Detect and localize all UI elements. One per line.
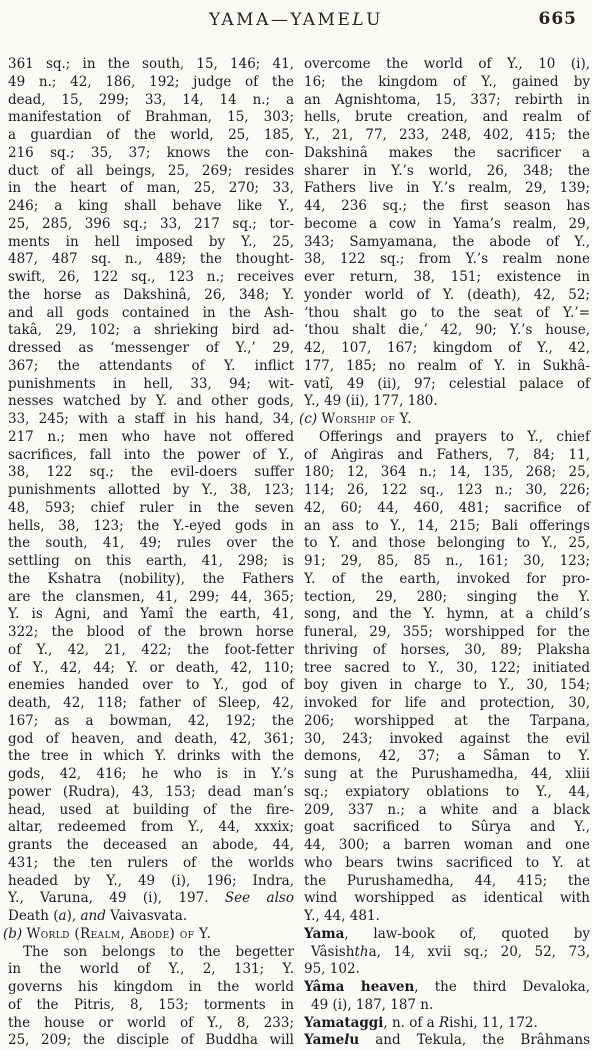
text-line: 48, 593; chief ruler in the seven [8, 500, 294, 518]
text-line: ever return, 38, 151; existence in [304, 269, 590, 287]
text-line: 206; worshipped at the Tarpana, [304, 713, 590, 731]
text-line: sung at the Purushamedha, 44, xliii [304, 766, 590, 784]
text-line: 42, 107, 167; kingdom of Y., 42, [304, 340, 590, 358]
text-line: 322; the blood of the brown horse [8, 624, 294, 642]
text-segment: , n. of a [383, 1015, 439, 1031]
text-line: wind worshipped as identical with [304, 890, 590, 908]
text-line: Y., Varuna, 49 (i), 197. See also [8, 890, 294, 908]
text-line: 44, 236 sq.; the first season has [304, 198, 590, 216]
text-line: 30, 243; invoked against the evil [304, 731, 590, 749]
text-line: 95, 102. [304, 961, 590, 979]
text-line: (c) Worship of Y. [299, 411, 590, 429]
text-line: Yamataggi, n. of a Rishi, 11, 172. [304, 1015, 590, 1033]
text-line: dead, 15, 299; 33, 14, 14 n.; a [8, 92, 294, 110]
text-line: 25, 285, 396 sq.; 33, 217 sq.; tor- [8, 216, 294, 234]
text-line: gods, 42, 416; he who is in Y.’s [8, 766, 294, 784]
text-line: 91; 29, 85, 85 n., 161; 30, 123; [304, 553, 590, 571]
text-segment: Yâma heaven [304, 979, 414, 995]
text-line: are the clansmen, 41, 299; 44, 365; [8, 589, 294, 607]
text-line: dressed as ‘messenger of Y.,’ 29, [8, 340, 294, 358]
text-line: 38, 122 sq.; the evil-doers suffer [8, 464, 294, 482]
text-line: an ass to Y., 14, 215; Bali offerings [304, 518, 590, 536]
text-segment: Yamataggi [304, 1015, 383, 1031]
text-line: vatî, 49 (ii), 97; celestial palace of [304, 376, 590, 394]
text-segment: See also [225, 890, 294, 906]
text-line: the horse as Dakshinâ, 26, 348; Y. [8, 287, 294, 305]
text-line: 180; 12, 364 n.; 14, 135, 268; 25, [304, 464, 590, 482]
text-line: 44, 300; a barren woman and one [304, 837, 590, 855]
text-line: tection, 29, 280; singing the Y. [304, 589, 590, 607]
text-segment: ), [67, 908, 81, 924]
text-line: the south, 41, 49; rules over the [8, 535, 294, 553]
text-line: 25, 209; the disciple of Buddha will [8, 1032, 294, 1050]
text-line: 209, 337 n.; a white and a black [304, 802, 590, 820]
text-line: punishments allotted by Y., 38, 123; [8, 482, 294, 500]
text-line: the house or world of Y., 8, 233; [8, 1015, 294, 1033]
text-line: headed by Y., 49 (i), 196; Indra, [8, 873, 294, 891]
text-line: governs his kingdom in the world [8, 979, 294, 997]
text-line: Y., 49 (ii), 177, 180. [304, 393, 590, 411]
text-segment: Worship of Y. [321, 411, 412, 427]
text-line: invoked for life and protection, 30, [304, 695, 590, 713]
text-line: Vâsishtha, 14, xvii sq.; 20, 52, 73, [304, 944, 590, 962]
text-segment: World (Realm, Abode) of Y. [26, 926, 211, 942]
text-line: 33, 245; with a staff in his hand, 34, [8, 411, 294, 429]
text-line: 38, 122 sq.; from Y.’s realm none [304, 251, 590, 269]
text-line: enemies handed over to Y., god of [8, 677, 294, 695]
left-column: 361 sq.; in the south, 15, 146; 41,49 n.… [8, 56, 294, 1050]
text-line: Y. is Agni, and Yamî the earth, 41, [8, 606, 294, 624]
text-line: hells, 38, 123; the Y.-eyed gods in [8, 518, 294, 536]
text-line: hells, brute creation, and realm of [304, 109, 590, 127]
text-line: of the Pitris, 8, 153; torments in [8, 997, 294, 1015]
text-line: Y. of the earth, invoked for pro- [304, 571, 590, 589]
text-line: a guardian of the world, 25, 185, [8, 127, 294, 145]
text-line: Yama, law-book of, quoted by [304, 926, 590, 944]
text-line: funeral, 29, 355; worshipped for the [304, 624, 590, 642]
text-line: god of heaven, and death, 42, 361; [8, 731, 294, 749]
text-segment: (b) [3, 926, 26, 942]
text-line: punishments in hell, 33, 94; wit- [8, 376, 294, 394]
text-line: settling on this earth, 41, 298; is [8, 553, 294, 571]
text-segment: U [366, 10, 383, 30]
text-line: head, used at building of the fire- [8, 802, 294, 820]
text-line: demons, 42, 37; a Sâman to Y. [304, 748, 590, 766]
text-line: and all gods contained in the Ash- [8, 305, 294, 323]
text-line: an Agnishtoma, 15, 337; rebirth in [304, 92, 590, 110]
text-segment: and Tekula, the Brâhmans [359, 1032, 590, 1048]
text-line: power (Rudra), 43, 153; dead man’s [8, 784, 294, 802]
text-segment: R [439, 1015, 449, 1031]
text-line: Offerings and prayers to Y., chief [304, 429, 590, 447]
text-line: goat sacrificed to Sûrya and Y., [304, 819, 590, 837]
text-line: ments in hell imposed by Y., 25, [8, 234, 294, 252]
text-line: 343; Samyamana, the abode of Y., [304, 234, 590, 252]
text-line: manifestation of Brahman, 15, 303; [8, 109, 294, 127]
text-line: ‘thou shalt go to the seat of Y.’= [304, 305, 590, 323]
text-line: 216 sq.; 35, 37; knows the con- [8, 145, 294, 163]
text-line: of Y., 42, 21, 422; the foot-fetter [8, 642, 294, 660]
text-line: Y., 44, 481. [304, 908, 590, 926]
text-segment: , law-book of, quoted by [344, 926, 590, 942]
text-line: 431; the ten rulers of the worlds [8, 855, 294, 873]
text-line: the Purushamedha, 44, 415; the [304, 873, 590, 891]
text-segment: a, 14, xvii sq.; 20, 52, 73, [369, 944, 590, 960]
text-line: who bears twins sacrificed to Y. at [304, 855, 590, 873]
text-segment: u [349, 1032, 359, 1048]
text-line: ‘thou shalt die,’ 42, 90; Y.’s house, [304, 322, 590, 340]
text-line: swift, 26, 122 sq., 123 n.; receives [8, 269, 294, 287]
text-line: of Y., 42, 44; Y. or death, 42, 110; [8, 660, 294, 678]
text-line: 361 sq.; in the south, 15, 146; 41, [8, 56, 294, 74]
text-segment: Yama [304, 926, 344, 942]
book-page: YAMA—YAMELU 665 361 sq.; in the south, 1… [0, 0, 592, 1050]
text-segment: Vâsish [311, 944, 354, 960]
text-line: of Aṅgiras and Fathers, 7, 84; 11, [304, 447, 590, 465]
text-line: Death (a), and Vaivasvata. [8, 908, 294, 926]
text-line: 217 n.; men who have not offered [8, 429, 294, 447]
text-line: 42, 60; 44, 460, 481; sacrifice of [304, 500, 590, 518]
text-line: duct of all beings, 25, 269; resides [8, 163, 294, 181]
text-line: Dakshinâ makes the sacrificer a [304, 145, 590, 163]
text-line: grants the deceased an abode, 44, [8, 837, 294, 855]
text-line: Yamelu and Tekula, the Brâhmans [304, 1032, 590, 1050]
text-segment: th [354, 944, 368, 960]
text-segment: L [352, 10, 366, 30]
text-line: Yâma heaven, the third Devaloka, [304, 979, 590, 997]
text-line: sacrifices, fall into the power of Y., [8, 447, 294, 465]
text-line: 16; the kingdom of Y., gained by [304, 74, 590, 92]
text-line: Y., 21, 77, 233, 248, 402, 415; the [304, 127, 590, 145]
text-line: 49 (i), 187, 187 n. [304, 997, 590, 1015]
text-line: 487, 487 sq. n., 489; the thought- [8, 251, 294, 269]
text-line: 177, 185; no realm of Y. in Sukhâ- [304, 358, 590, 376]
text-line: tree sacred to Y., 30, 122; initiated [304, 660, 590, 678]
text-segment: a [59, 908, 67, 924]
text-line: nesses watched by Y. and other gods, [8, 393, 294, 411]
text-line: The son belongs to the begetter [8, 944, 294, 962]
text-line: Fathers live in Y.’s realm, 29, 139; [304, 180, 590, 198]
text-segment: Vaivasvata. [106, 908, 187, 924]
text-line: sharer in Y.’s world, 26, 348; the [304, 163, 590, 181]
text-line: the tree in which Y. drinks with the [8, 748, 294, 766]
text-line: become a cow in Yama’s realm, 29, [304, 216, 590, 234]
text-line: in the heart of man, 25, 270; 33, [8, 180, 294, 198]
text-line: 49 n.; 42, 186, 192; judge of the [8, 74, 294, 92]
text-line: thriving of horses, 30, 89; Plaksha [304, 642, 590, 660]
text-line: takâ, 29, 102; a shrieking bird ad- [8, 322, 294, 340]
text-line: 114; 26, 122 sq., 123 n.; 30, 226; [304, 482, 590, 500]
text-segment: YAMA—YAME [209, 10, 352, 30]
text-segment: and [80, 908, 105, 924]
text-segment: ishi, 11, 172. [449, 1015, 538, 1031]
right-column: overcome the world of Y., 10 (i),16; the… [304, 56, 590, 1050]
text-line: song, and the Y. hymn, at a child’s [304, 606, 590, 624]
text-line: boy given in charge to Y., 30, 154; [304, 677, 590, 695]
text-line: (b) World (Realm, Abode) of Y. [3, 926, 294, 944]
text-segment: (c) [299, 411, 321, 427]
text-line: in the world of Y., 2, 131; Y. [8, 961, 294, 979]
text-line: 367; the attendants of Y. inflict [8, 358, 294, 376]
text-line: 167; as a bowman, 42, 192; the [8, 713, 294, 731]
page-title: YAMA—YAMELU [0, 10, 592, 30]
text-line: the Kshatra (nobility), the Fathers [8, 571, 294, 589]
text-line: sq.; expiatory oblations to Y., 44, [304, 784, 590, 802]
text-line: 246; a king shall behave like Y., [8, 198, 294, 216]
text-columns: 361 sq.; in the south, 15, 146; 41,49 n.… [0, 56, 592, 1050]
text-segment: , the third Devaloka, [414, 979, 590, 995]
text-segment: Y., Varuna, 49 (i), 197. [8, 890, 225, 906]
text-line: altar, redeemed from Y., 44, xxxix; [8, 819, 294, 837]
page-number: 665 [539, 9, 578, 29]
text-line: to Y. and those belonging to Y., 25, [304, 535, 590, 553]
text-segment: Death ( [8, 908, 59, 924]
page-header: YAMA—YAMELU 665 [0, 0, 592, 36]
text-line: overcome the world of Y., 10 (i), [304, 56, 590, 74]
text-line: yonder world of Y. (death), 42, 52; [304, 287, 590, 305]
text-line: death, 42, 118; father of Sleep, 42, [8, 695, 294, 713]
text-segment: Yame [304, 1032, 344, 1048]
